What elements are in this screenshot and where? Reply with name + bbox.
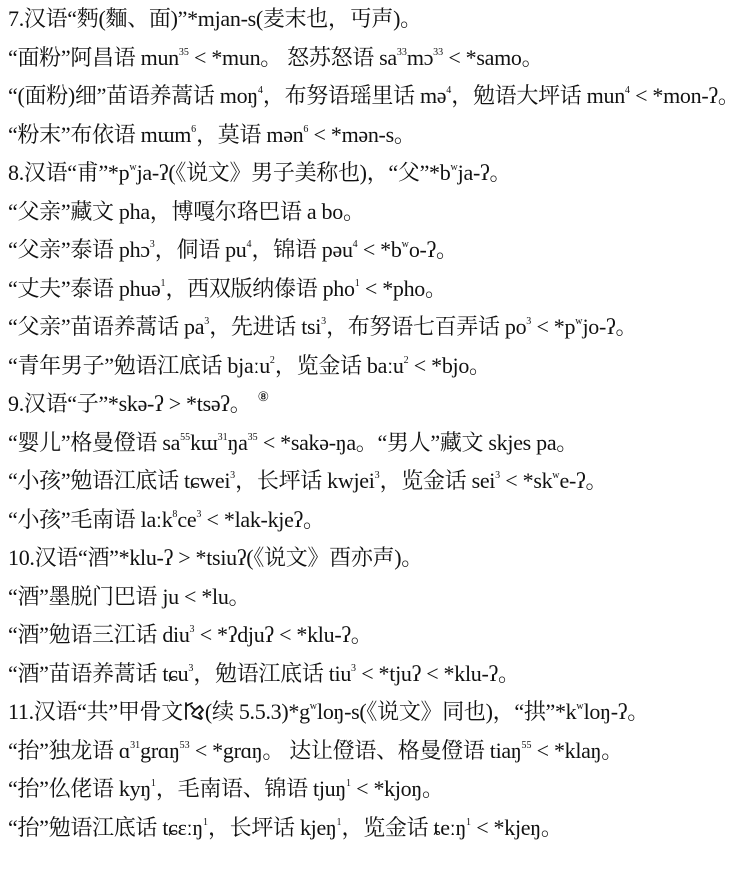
text-line: “面粉”阿昌语 mun35 < *mun。 怒苏怒语 sa33mɔ33 < *s… (8, 43, 738, 82)
text-segment: “小孩”毛南语 laːk (8, 507, 172, 532)
text-segment: “父亲”苗语养蒿话 pa (8, 314, 204, 339)
text-segment: < *mən-s。 (308, 122, 415, 147)
text-segment: < *sakə-ŋa。“男人”藏文 skjes pa。 (258, 430, 578, 455)
tone-superscript: 35 (248, 432, 258, 443)
text-line: “酒”苗语养蒿话 tɕu3，勉语江底话 tiu3 < *tjuʔ < *klu-… (8, 659, 738, 698)
text-segment: “父亲”泰语 phɔ (8, 237, 150, 262)
tone-superscript: w (129, 162, 136, 173)
text-segment: ，长坪话 kjeŋ (208, 815, 337, 840)
text-line: “丈夫”泰语 phuə1，西双版纳傣语 pho1 < *pho。 (8, 274, 738, 313)
text-line: “父亲”泰语 phɔ3，侗语 pu4，锦语 pəu4 < *bwo-ʔ。 (8, 235, 738, 274)
text-segment: ，锦语 pəu (252, 237, 353, 262)
tone-superscript: w (402, 239, 409, 250)
tone-superscript: 33 (433, 47, 443, 58)
text-line: “小孩”毛南语 laːk8ce3 < *lak-kjeʔ。 (8, 505, 738, 544)
text-segment: < *kjoŋ。 (351, 776, 444, 801)
tone-superscript: 35 (179, 47, 189, 58)
text-line: “父亲”藏文 pha，博嘎尔珞巴语 a bo。 (8, 197, 738, 236)
text-line: “青年男子”勉语江底话 bjaːu2，览金话 baːu2 < *bjo。 (8, 351, 738, 390)
text-segment: ，勉语大坪话 mun (451, 83, 625, 108)
text-segment: e-ʔ。 (560, 468, 608, 493)
tone-superscript: w (450, 162, 457, 173)
text-line: “酒”墨脱门巴语 ju < *lu。 (8, 582, 738, 621)
text-segment: “父亲”藏文 pha，博嘎尔珞巴语 a bo。 (8, 199, 365, 224)
tone-superscript: w (552, 470, 559, 481)
text-segment: “青年男子”勉语江底话 bjaːu (8, 353, 270, 378)
text-segment: 7.汉语“麪(麵、面)”*mjan-s(麦末也，丏声)。 (8, 6, 422, 31)
text-segment: loŋ-s(《说文》同也)，“拱”*k (317, 699, 576, 724)
text-segment: ，先进话 tsi (209, 314, 321, 339)
text-line: 10.汉语“酒”*klu-ʔ > *tsiuʔ(《说文》酉亦声)。 (8, 543, 738, 582)
text-segment: ，勉语江底话 tiu (193, 661, 351, 686)
text-segment: (续 5.5.3)*g (205, 699, 310, 724)
text-line: “抬”仫佬语 kyŋ1，毛南语、锦语 tjuŋ1 < *kjoŋ。 (8, 774, 738, 813)
text-segment: “丈夫”泰语 phuə (8, 276, 161, 301)
text-segment: ，西双版纳傣语 pho (166, 276, 355, 301)
text-segment: “(面粉)细”苗语养蒿话 moŋ (8, 83, 258, 108)
text-line: 8.汉语“甫”*pwja-ʔ(《说文》男子美称也)，“父”*bwja-ʔ。 (8, 158, 738, 197)
text-segment: “抬”勉语江底话 tɕɛːŋ (8, 815, 203, 840)
text-line: “父亲”苗语养蒿话 pa3，先进话 tsi3，布努语七百弄话 po3 < *pw… (8, 312, 738, 351)
text-line: “酒”勉语三江话 diu3 < *ʔdjuʔ < *klu-ʔ。 (8, 620, 738, 659)
text-segment: 9.汉语“子”*skə-ʔ > *tsəʔ。 (8, 391, 251, 416)
tone-superscript: 33 (397, 47, 407, 58)
text-segment: < *grɑŋ。 达让僜语、格曼僜语 tiaŋ (190, 738, 522, 763)
text-segment: < *samo。 (443, 45, 543, 70)
text-segment: ，布努语瑶里话 mə (263, 83, 446, 108)
document-page: 7.汉语“麪(麵、面)”*mjan-s(麦末也，丏声)。“面粉”阿昌语 mun3… (8, 4, 738, 851)
text-segment: kɯ (190, 430, 218, 455)
text-segment: grɑŋ (140, 738, 180, 763)
text-segment: ja-ʔ。 (458, 160, 511, 185)
text-segment: ，莫语 mən (196, 122, 303, 147)
text-line: 7.汉语“麪(麵、面)”*mjan-s(麦末也，丏声)。 (8, 4, 738, 43)
text-segment: < *klaŋ。 (531, 738, 622, 763)
text-line: 11.汉语“共”甲骨文(续 5.5.3)*gwloŋ-s(《说文》同也)，“拱”… (8, 697, 738, 736)
text-segment: < *mon-ʔ。 (630, 83, 740, 108)
text-line: “(面粉)细”苗语养蒿话 moŋ4，布努语瑶里话 mə4，勉语大坪话 mun4 … (8, 81, 738, 120)
text-segment: ，布努语七百弄话 po (326, 314, 526, 339)
text-segment: “婴儿”格曼僜语 sa (8, 430, 180, 455)
text-segment: ，毛南语、锦语 tjuŋ (156, 776, 346, 801)
text-line: “抬”独龙语 ɑ31grɑŋ53 < *grɑŋ。 达让僜语、格曼僜语 tiaŋ… (8, 736, 738, 775)
text-segment: “酒”勉语三江话 diu (8, 622, 190, 647)
text-segment: < *kjeŋ。 (471, 815, 562, 840)
text-segment: ，侗语 pu (155, 237, 247, 262)
text-segment: ，览金话 baːu (275, 353, 404, 378)
text-segment: ja-ʔ(《说文》男子美称也)，“父”*b (137, 160, 451, 185)
text-segment: “抬”仫佬语 kyŋ (8, 776, 151, 801)
text-segment: ，览金话 ȶeːŋ (342, 815, 467, 840)
text-segment: < *p (531, 314, 575, 339)
text-line: “小孩”勉语江底话 tɕwei3，长坪话 kwjei3，览金话 sei3 < *… (8, 466, 738, 505)
tone-superscript: 53 (180, 740, 190, 751)
text-segment: ŋa (228, 430, 248, 455)
footnote-marker: ⑧ (257, 389, 268, 404)
text-segment: ce (177, 507, 196, 532)
tone-superscript: 31 (218, 432, 228, 443)
text-segment: “面粉”阿昌语 mun (8, 45, 179, 70)
tone-superscript: w (576, 701, 583, 712)
text-segment: ，览金话 sei (380, 468, 496, 493)
text-segment: 10.汉语“酒”*klu-ʔ > *tsiuʔ(《说文》酉亦声)。 (8, 545, 423, 570)
text-segment: < *ʔdjuʔ < *klu-ʔ。 (195, 622, 373, 647)
tone-superscript: 55 (521, 740, 531, 751)
tone-superscript: w (310, 701, 317, 712)
text-segment: < *pho。 (360, 276, 447, 301)
text-segment: ，长坪话 kwjei (235, 468, 374, 493)
text-line: “抬”勉语江底话 tɕɛːŋ1，长坪话 kjeŋ1，览金话 ȶeːŋ1 < *k… (8, 813, 738, 852)
text-segment: “粉末”布依语 mɯm (8, 122, 191, 147)
text-segment: < *lak-kjeʔ。 (201, 507, 324, 532)
text-segment: “小孩”勉语江底话 tɕwei (8, 468, 230, 493)
text-line: 9.汉语“子”*skə-ʔ > *tsəʔ。⑧ (8, 389, 738, 428)
text-segment: “酒”苗语养蒿话 tɕu (8, 661, 188, 686)
tone-superscript: 55 (180, 432, 190, 443)
text-segment: “抬”独龙语 ɑ (8, 738, 130, 763)
text-segment: < *sk (500, 468, 552, 493)
text-segment: mɔ (407, 45, 433, 70)
text-segment: < *bjo。 (409, 353, 491, 378)
text-segment: < *tjuʔ < *klu-ʔ。 (356, 661, 520, 686)
text-segment: 11.汉语“共”甲骨文 (8, 699, 183, 724)
text-segment: < *b (358, 237, 402, 262)
text-segment: jo-ʔ。 (582, 314, 637, 339)
oracle-bone-glyph-icon (183, 700, 205, 722)
text-line: “粉末”布依语 mɯm6，莫语 mən6 < *mən-s。 (8, 120, 738, 159)
text-segment: < *mun。 怒苏怒语 sa (189, 45, 397, 70)
text-segment: 8.汉语“甫”*p (8, 160, 129, 185)
text-segment: o-ʔ。 (409, 237, 458, 262)
text-segment: “酒”墨脱门巴语 ju < *lu。 (8, 584, 250, 609)
text-segment: loŋ-ʔ。 (584, 699, 649, 724)
tone-superscript: 31 (130, 740, 140, 751)
text-line: “婴儿”格曼僜语 sa55kɯ31ŋa35 < *sakə-ŋa。“男人”藏文 … (8, 428, 738, 467)
